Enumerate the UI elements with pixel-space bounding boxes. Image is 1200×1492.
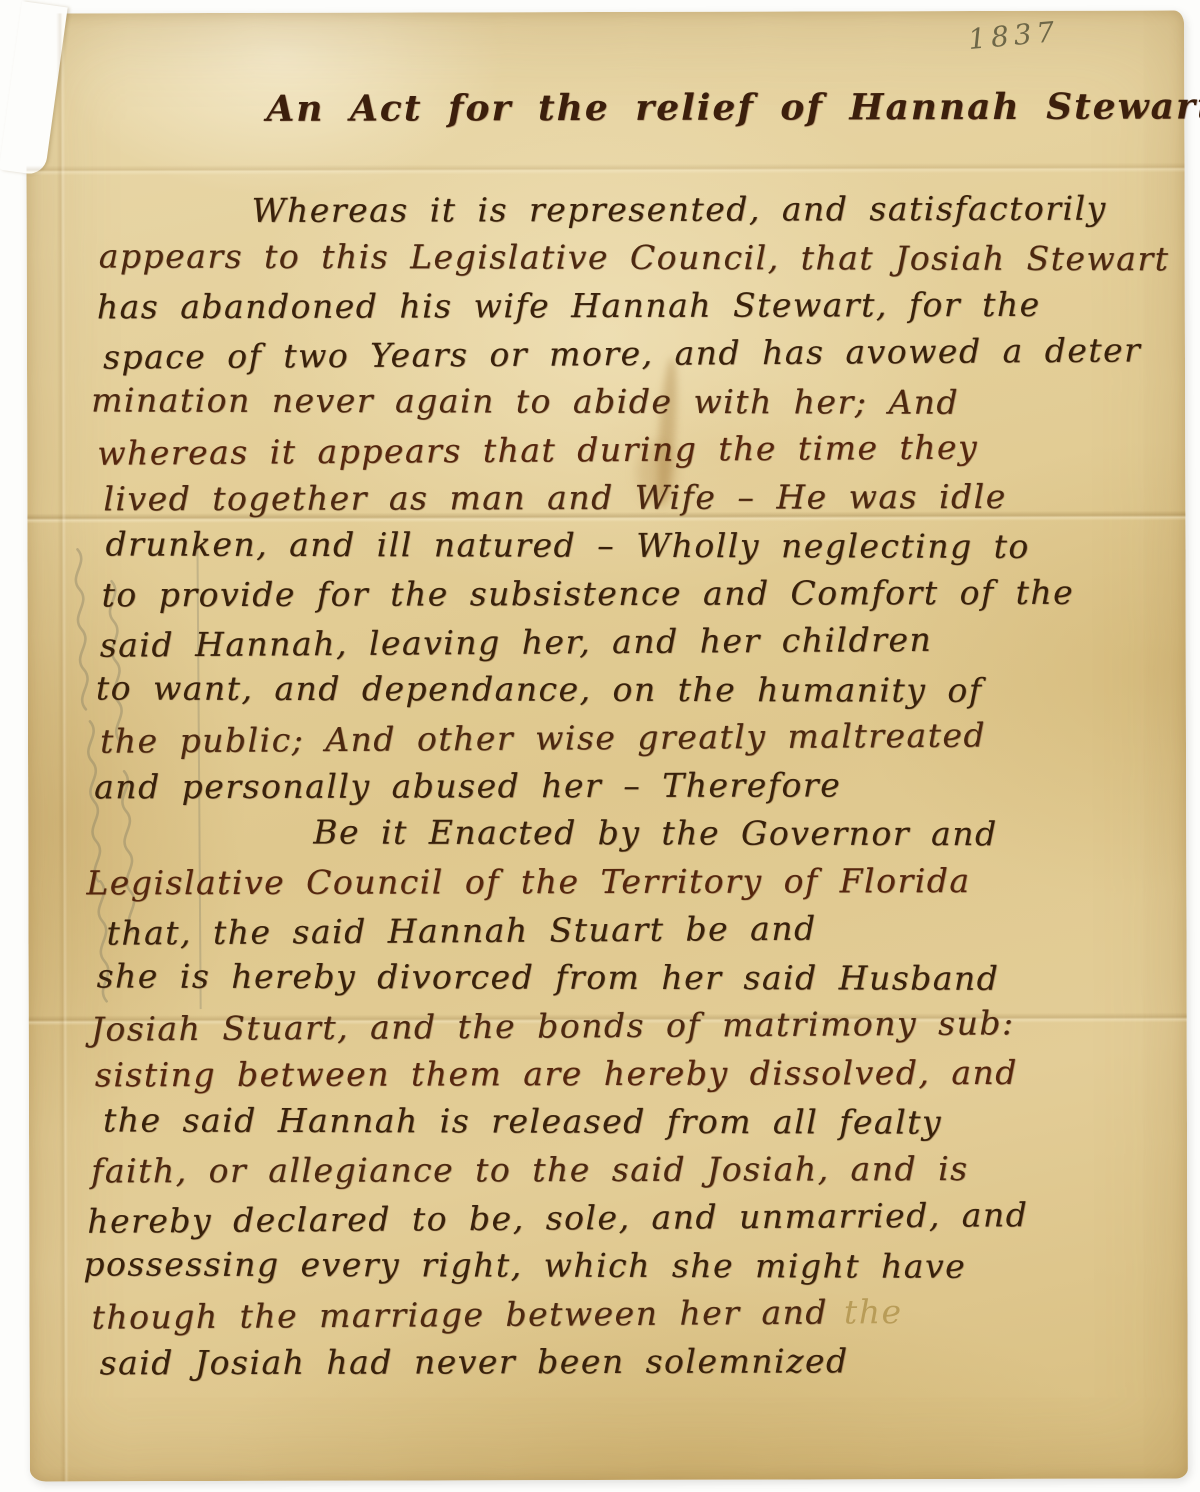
manuscript-line: Legislative Council of the Territory of … (86, 856, 1186, 907)
manuscript-line: whereas it appears that during the time … (97, 422, 1185, 478)
manuscript-line: Josiah Stuart, and the bonds of matrimon… (91, 998, 1187, 1054)
manuscript-line: faith, or allegiance to the said Josiah,… (91, 1144, 1187, 1195)
manuscript-line-text: though the marriage between her and (91, 1293, 828, 1337)
manuscript-line: though the marriage between her andthe (91, 1286, 1187, 1342)
manuscript-line: Whereas it is represented, and satisfact… (252, 184, 1185, 234)
manuscript-line: possessing every right, which she might … (83, 1240, 1187, 1291)
year-annotation: 1837 (967, 15, 1061, 56)
manuscript-line: sisting between them are hereby dissolve… (95, 1048, 1187, 1099)
document-title: An Act for the relief of Hannah Stewart … (266, 74, 1184, 140)
manuscript-line: the said Hannah is released from all fea… (103, 1096, 1187, 1147)
manuscript-line: that, the said Hannah Stuart be and (106, 902, 1186, 958)
manuscript-line: mination never again to abide with her; … (91, 376, 1185, 427)
manuscript-text: An Act for the relief of Hannah Stewart … (26, 74, 1187, 1387)
manuscript-line: to want, and dependance, on the humanity… (96, 664, 1186, 715)
faded-word: the (844, 1292, 903, 1331)
manuscript-sheet: 1837 An Act for the relief of Hannah Ste… (26, 10, 1188, 1481)
manuscript-line: hereby declared to be, sole, and unmarri… (87, 1190, 1187, 1246)
manuscript-line: has abandoned his wife Hannah Stewart, f… (97, 280, 1185, 331)
manuscript-line: and personally abused her – Therefore (94, 760, 1186, 811)
manuscript-line: said Hannah, leaving her, and her childr… (100, 614, 1186, 670)
manuscript-line: lived together as man and Wife – He was … (103, 472, 1185, 523)
manuscript-line: drunken, and ill natured – Wholly neglec… (105, 520, 1185, 571)
manuscript-line: space of two Years or more, and has avow… (103, 326, 1185, 382)
manuscript-line: Be it Enacted by the Governor and (313, 808, 1186, 858)
manuscript-line: she is hereby divorced from her said Hus… (97, 952, 1187, 1003)
manuscript-line: to provide for the subsistence and Comfo… (102, 568, 1186, 619)
manuscript-line: the public; And other wise greatly maltr… (100, 710, 1186, 766)
manuscript-line: appears to this Legislative Council, tha… (99, 232, 1185, 283)
manuscript-line: said Josiah had never been solemnized (100, 1336, 1188, 1387)
